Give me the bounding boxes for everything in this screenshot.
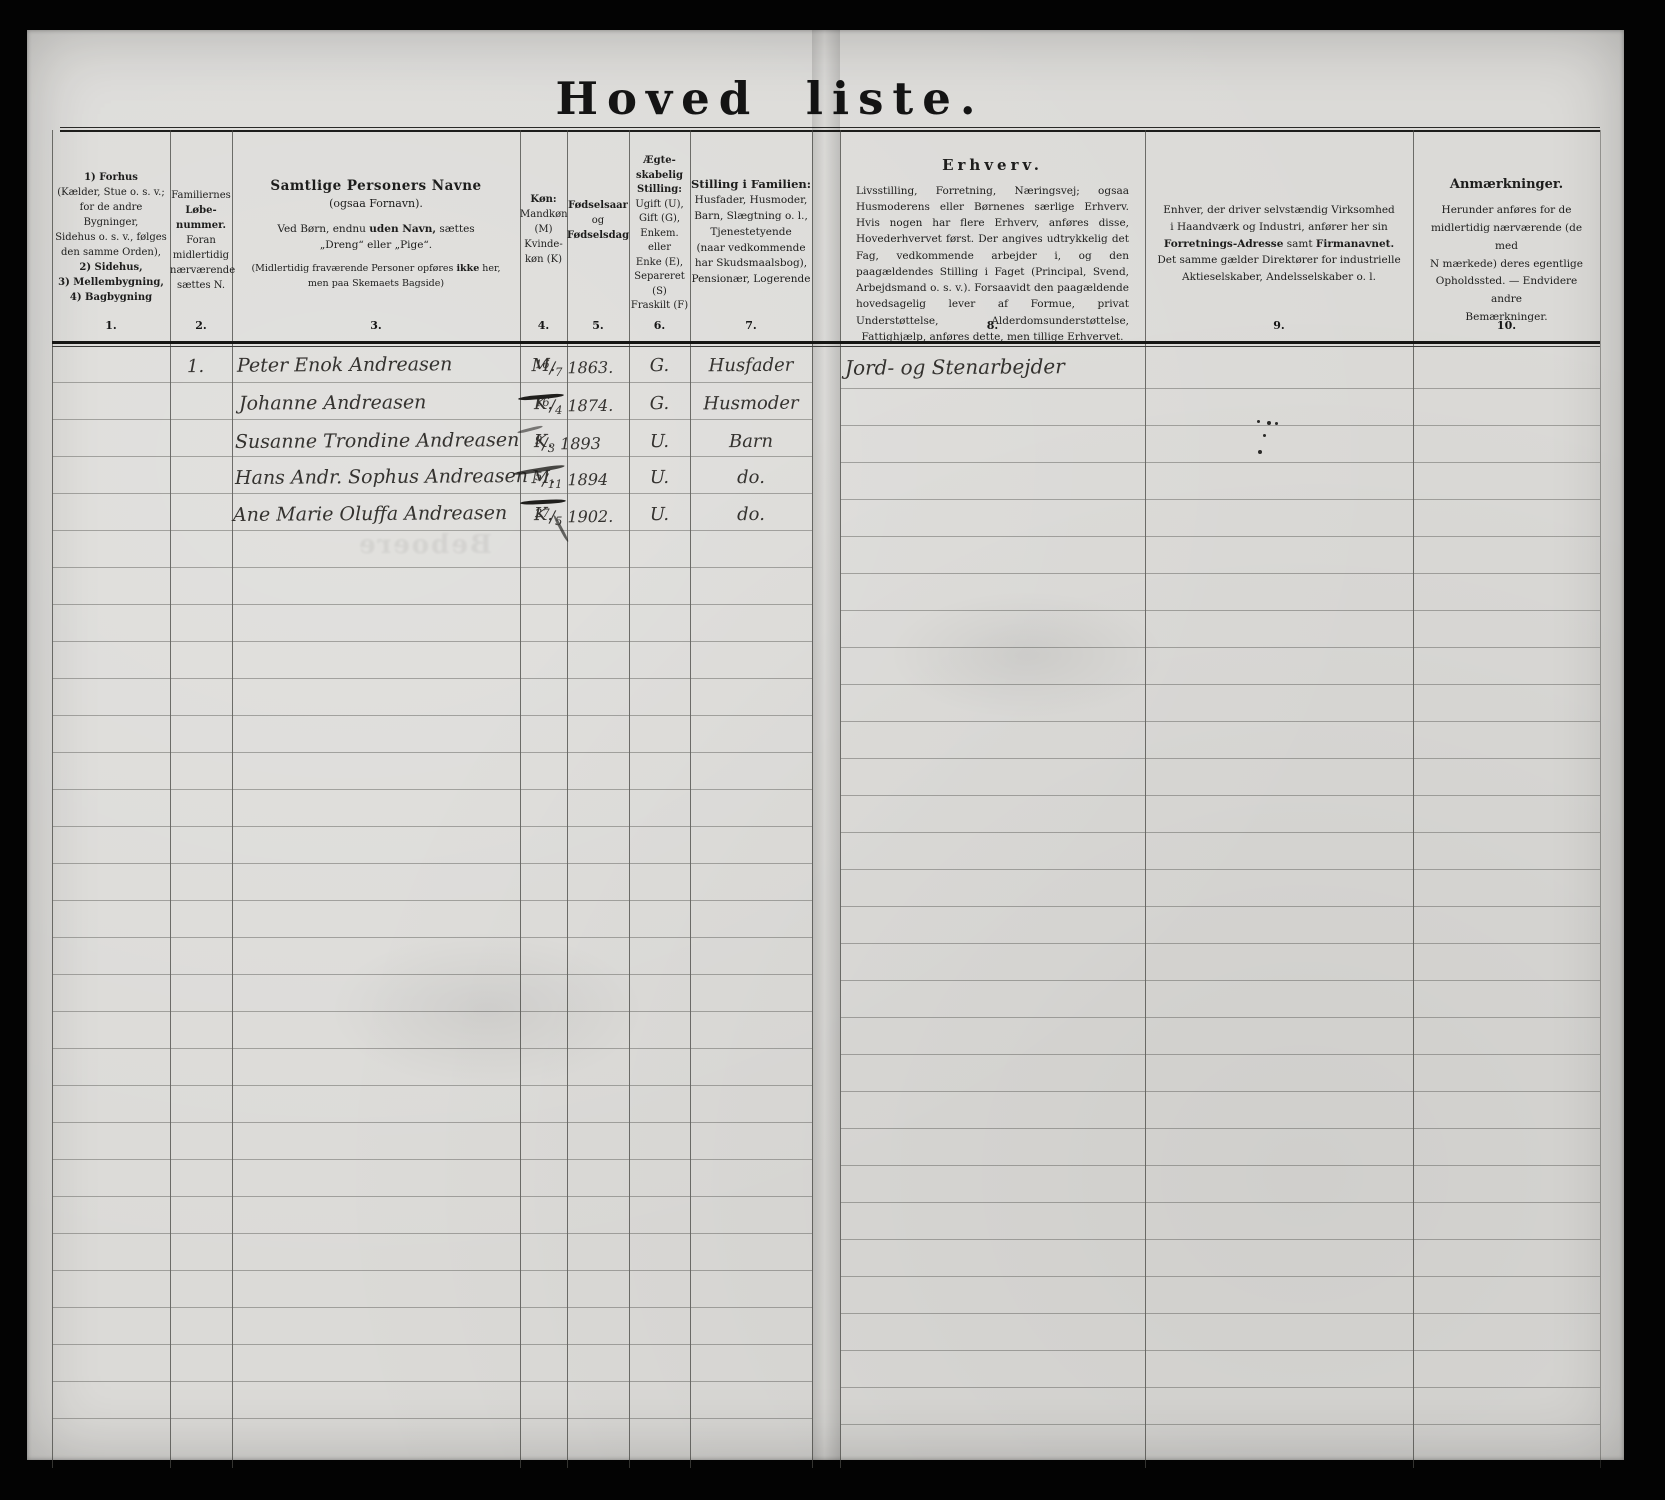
left-page-right-border	[812, 130, 813, 1468]
header-text: Pensionær, Logerende	[690, 272, 812, 288]
birth-year: 1893	[560, 434, 601, 453]
header-text: i Haandværk og Industri, anfører her sin	[1151, 219, 1407, 236]
header-col-8-occupation: Erhverv. Livsstilling, Forretning, Nærin…	[840, 130, 1145, 341]
table-border-right	[1600, 130, 1601, 1468]
row-occupation: Jord- og Stenarbejder	[845, 354, 1065, 380]
ruled-lines-right-page	[840, 388, 1600, 1428]
col-number-3: 3.	[232, 319, 520, 332]
header-text: midlertidig nærværende (de med	[1421, 220, 1592, 256]
header-title: Stilling i Familien:	[690, 176, 812, 193]
header-text-part: uden Navn,	[369, 223, 436, 235]
header-text: sættes N.	[170, 278, 232, 293]
row-birthdate: 27/5 1902.	[535, 506, 613, 529]
header-text-part: Forretnings-Adresse	[1164, 238, 1284, 250]
header-text-part: (Midlertidig fraværende Personer opføres	[251, 263, 456, 274]
header-text: Enkem. eller	[629, 227, 690, 256]
row-name: Johanne Andreasen	[239, 391, 427, 414]
col-number-8: 8.	[840, 319, 1145, 332]
header-text: for de andre Bygninger,	[52, 200, 170, 230]
header-text: men paa Skemaets Bagside)	[246, 277, 506, 291]
birth-fraction: 5/11	[535, 470, 563, 489]
col-number-10: 10.	[1413, 319, 1600, 332]
row-family-position: Husmoder	[690, 393, 812, 415]
header-text: Sidehus o. s. v., følges	[52, 230, 170, 245]
header-text: Tjenestetyende	[690, 225, 812, 241]
header-text: skabelig	[629, 169, 690, 184]
header-title: Erhverv.	[856, 154, 1129, 177]
birth-year: 1863.	[567, 358, 613, 377]
col-number-2: 2.	[170, 319, 232, 332]
col-number-4: 4.	[520, 319, 567, 332]
header-col-7-family-position: Stilling i Familien: Husfader, Husmoder,…	[690, 130, 812, 341]
row-name: Peter Enok Andreasen	[237, 353, 452, 377]
row-birthdate: 16/7 1863.	[535, 357, 613, 380]
birth-month: 11	[548, 477, 563, 491]
header-text: køn (K)	[520, 252, 567, 267]
row-family-position: Barn	[690, 431, 812, 453]
header-text: Ved Børn, endnu uden Navn, sættes	[246, 222, 506, 238]
header-text: Familiernes	[170, 188, 232, 203]
header-text: Gift (G),	[629, 212, 690, 227]
birth-day: 16	[535, 357, 550, 371]
birth-month: 3	[548, 441, 555, 455]
header-text: Foran	[170, 233, 232, 248]
row-name: Ane Marie Oluffa Andreasen	[233, 502, 507, 526]
bleed-through-smudge	[887, 590, 1167, 720]
header-text: den samme Orden),	[52, 245, 170, 260]
birth-month: 7	[555, 365, 562, 379]
scanned-census-page: Hoved liste. 1) Forhus (Kælder, Stue o. …	[0, 0, 1665, 1500]
page-fold-gutter	[812, 30, 840, 1460]
header-bottom-rule-thick	[52, 341, 1600, 344]
header-text: Stilling:	[629, 183, 690, 198]
header-title: Anmærkninger.	[1421, 174, 1592, 196]
header-text: 2) Sidehus,	[52, 260, 170, 275]
header-title: Samtlige Personers Navne	[246, 176, 506, 196]
birth-fraction: 9/3	[535, 434, 555, 453]
birth-year: 1894	[567, 470, 608, 489]
header-text: 1) Forhus	[52, 170, 170, 185]
col-number-5: 5.	[567, 319, 629, 332]
header-text: Fødselsaar	[567, 198, 629, 213]
header-text: Ugift (U),	[629, 198, 690, 213]
birth-day: 9	[535, 433, 542, 447]
header-text: Husfader, Husmoder,	[690, 193, 812, 209]
header-text: Det samme gælder Direktører for industri…	[1151, 252, 1407, 269]
header-text: midlertidig	[170, 248, 232, 263]
header-text: Løbe-	[170, 203, 232, 218]
ink-speck	[1267, 421, 1271, 425]
row-birthdate: 5/11 1894	[535, 469, 608, 492]
header-col-2-family-number: Familiernes Løbe- nummer. Foran midlerti…	[170, 130, 232, 341]
census-form-paper: Hoved liste. 1) Forhus (Kælder, Stue o. …	[27, 30, 1624, 1460]
header-text: 4) Bagbygning	[52, 290, 170, 305]
header-text: Barn, Slægtning o. l.,	[690, 209, 812, 225]
header-text-part: her,	[479, 263, 500, 274]
header-text: nummer.	[170, 218, 232, 233]
row-marital-status: U.	[629, 431, 690, 452]
header-col-10-remarks: Anmærkninger. Herunder anføres for de mi…	[1413, 130, 1600, 341]
row-name: Hans Andr. Sophus Andreasen	[235, 465, 528, 489]
birth-fraction: 16/7	[535, 358, 563, 377]
page-title: Hoved liste.	[470, 72, 1070, 125]
header-text: nærværende	[170, 263, 232, 278]
row-birthdate: 9/3 1893	[535, 433, 601, 456]
header-text: 3) Mellembygning,	[52, 275, 170, 290]
bleed-through-smudge	[327, 930, 647, 1090]
header-col-4-sex: Køn: Mandkøn (M) Kvinde- køn (K)	[520, 130, 567, 341]
ink-speck	[1258, 450, 1262, 454]
birth-month: 4	[555, 403, 562, 417]
birth-year: 1874.	[567, 396, 613, 415]
header-bottom-rule-thin	[52, 346, 1600, 347]
row-marital-status: G.	[629, 355, 690, 376]
header-text: Enke (E),	[629, 256, 690, 271]
col-number-7: 7.	[690, 319, 812, 332]
ink-speck	[1275, 422, 1278, 425]
header-text-part: Firmanavnet.	[1316, 238, 1394, 250]
header-text: (naar vedkommende	[690, 241, 812, 257]
header-text: Mandkøn	[520, 207, 567, 222]
header-col-6-marital: Ægte- skabelig Stilling: Ugift (U), Gift…	[629, 130, 690, 341]
header-text: Fødselsdag	[567, 228, 629, 243]
header-col-3-names: Samtlige Personers Navne (ogsaa Fornavn)…	[232, 130, 520, 341]
col-number-1: 1.	[52, 319, 170, 332]
header-col-1-building: 1) Forhus (Kælder, Stue o. s. v.; for de…	[52, 130, 170, 341]
header-text: Separeret	[629, 270, 690, 285]
header-text: N mærkede) deres egentlige	[1421, 256, 1592, 274]
row-marital-status: G.	[629, 393, 690, 414]
row-family-position: do.	[690, 467, 812, 489]
header-text: (M)	[520, 222, 567, 237]
header-text: Køn:	[520, 192, 567, 207]
header-text: (ogsaa Fornavn).	[246, 196, 506, 213]
header-col-5-birth: Fødselsaar og Fødselsdag	[567, 130, 629, 341]
header-text: (Midlertidig fraværende Personer opføres…	[246, 262, 506, 276]
row-family-position: do.	[690, 504, 812, 526]
col-number-6: 6.	[629, 319, 690, 332]
birth-year: 1902.	[567, 507, 613, 526]
header-text: Enhver, der driver selvstændig Virksomhe…	[1151, 202, 1407, 219]
header-text: Fraskilt (F)	[629, 299, 690, 314]
header-text: Kvinde-	[520, 237, 567, 252]
header-text: „Dreng“ eller „Pige“.	[246, 238, 506, 254]
row-name: Susanne Trondine Andreasen	[235, 429, 519, 453]
col-number-9: 9.	[1145, 319, 1413, 332]
header-text: Aktieselskaber, Andelsselskaber o. l.	[1151, 269, 1407, 286]
header-text: Ægte-	[629, 154, 690, 169]
header-text: og	[567, 213, 629, 228]
bleed-through-text: Beboere	[357, 530, 492, 560]
header-text: (Kælder, Stue o. s. v.;	[52, 185, 170, 200]
header-text-part: Ved Børn, endnu	[277, 223, 369, 235]
header-text: Herunder anføres for de	[1421, 202, 1592, 220]
ink-speck	[1257, 420, 1260, 423]
header-text: Forretnings-Adresse samt Firmanavnet.	[1151, 236, 1407, 253]
row-marital-status: U.	[629, 504, 690, 525]
header-text: (S)	[629, 285, 690, 300]
row-marital-status: U.	[629, 467, 690, 488]
header-text: har Skudsmaalsbog),	[690, 256, 812, 272]
ink-speck	[1263, 434, 1266, 437]
header-col-9-business-address: Enhver, der driver selvstændig Virksomhe…	[1145, 130, 1413, 341]
header-text: Opholdssted. — Endvidere andre	[1421, 273, 1592, 309]
row-family-number: 1.	[187, 356, 217, 377]
header-text-part: sættes	[436, 223, 475, 235]
header-text-part: samt	[1283, 238, 1316, 250]
row-family-position: Husfader	[690, 355, 812, 377]
header-text-part: ikke	[456, 263, 479, 274]
birth-day: 27	[535, 506, 550, 520]
